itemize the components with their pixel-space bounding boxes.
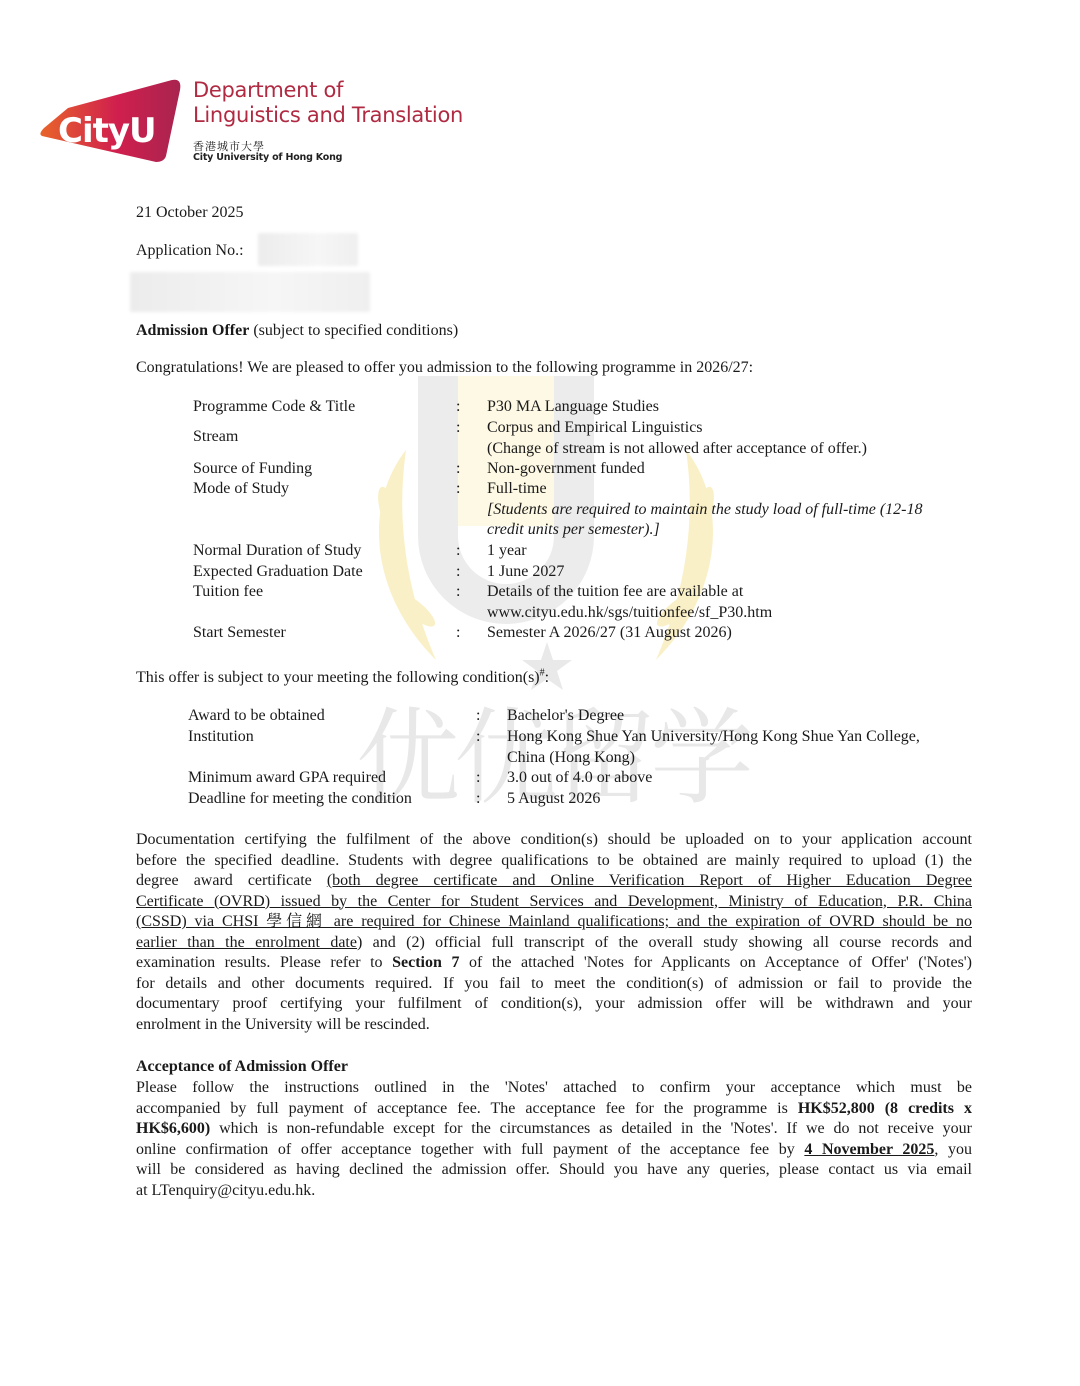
detail-value: Full-time	[487, 479, 547, 500]
detail-value: Hong Kong Shue Yan University/Hong Kong …	[507, 727, 920, 748]
separator: :	[456, 459, 460, 480]
detail-label: Deadline for meeting the condition	[188, 789, 412, 810]
detail-value: www.cityu.edu.hk/sgs/tuitionfee/sf_P30.h…	[487, 603, 772, 624]
detail-value: P30 MA Language Studies	[487, 397, 659, 418]
detail-value: Details of the tuition fee are available…	[487, 582, 743, 603]
university-name-english: City University of Hong Kong	[193, 152, 342, 163]
detail-value: 1 June 2027	[487, 562, 564, 583]
detail-value: Semester A 2026/27 (31 August 2026)	[487, 623, 732, 644]
department-name: Department of Linguistics and Translatio…	[193, 78, 463, 128]
detail-label: Normal Duration of Study	[193, 541, 361, 562]
detail-value: Corpus and Empirical Linguistics	[487, 418, 703, 439]
detail-note: [Students are required to maintain the s…	[487, 500, 923, 521]
detail-label: Expected Graduation Date	[193, 562, 363, 583]
separator: :	[456, 397, 460, 418]
detail-label: Programme Code & Title	[193, 397, 355, 418]
separator: :	[456, 479, 460, 500]
svg-text:CityU: CityU	[58, 111, 156, 151]
detail-value: (Change of stream is not allowed after a…	[487, 439, 867, 460]
separator: :	[476, 727, 480, 748]
detail-label: Start Semester	[193, 623, 286, 644]
cityu-logo: CityU	[40, 78, 182, 164]
letter-date: 21 October 2025	[136, 203, 244, 224]
detail-note: credit units per semester).]	[487, 520, 660, 541]
detail-value: Bachelor's Degree	[507, 706, 624, 727]
application-no-label: Application No.:	[136, 241, 244, 262]
separator: :	[456, 623, 460, 644]
separator: :	[456, 562, 460, 583]
redacted-application-no	[258, 233, 358, 266]
detail-value: 5 August 2026	[507, 789, 600, 810]
offer-heading: Admission Offer (subject to specified co…	[136, 321, 458, 342]
offer-letter-page: 优优留学 CityU Department of Linguistics and…	[0, 0, 1080, 1386]
separator: :	[476, 789, 480, 810]
detail-value: Non-government funded	[487, 459, 645, 480]
separator: :	[456, 418, 460, 439]
detail-value: China (Hong Kong)	[507, 748, 635, 769]
acceptance-heading: Acceptance of Admission Offer	[136, 1057, 348, 1078]
detail-label: Stream	[193, 427, 238, 448]
detail-value: 1 year	[487, 541, 527, 562]
detail-label: Award to be obtained	[188, 706, 325, 727]
detail-value: 3.0 out of 4.0 or above	[507, 768, 652, 789]
redacted-recipient	[130, 272, 370, 312]
detail-label: Source of Funding	[193, 459, 312, 480]
detail-label: Mode of Study	[193, 479, 289, 500]
separator: :	[476, 768, 480, 789]
detail-label: Minimum award GPA required	[188, 768, 386, 789]
detail-label: Tuition fee	[193, 582, 263, 603]
separator: :	[456, 582, 460, 603]
separator: :	[456, 541, 460, 562]
acceptance-deadline: 4 November 2025	[804, 1141, 934, 1158]
separator: :	[476, 706, 480, 727]
congratulations-intro: Congratulations! We are pleased to offer…	[136, 358, 753, 379]
detail-label: Institution	[188, 727, 254, 748]
contact-email: at LTenquiry@cityu.edu.hk.	[136, 1181, 972, 1202]
conditions-intro: This offer is subject to your meeting th…	[136, 668, 549, 689]
